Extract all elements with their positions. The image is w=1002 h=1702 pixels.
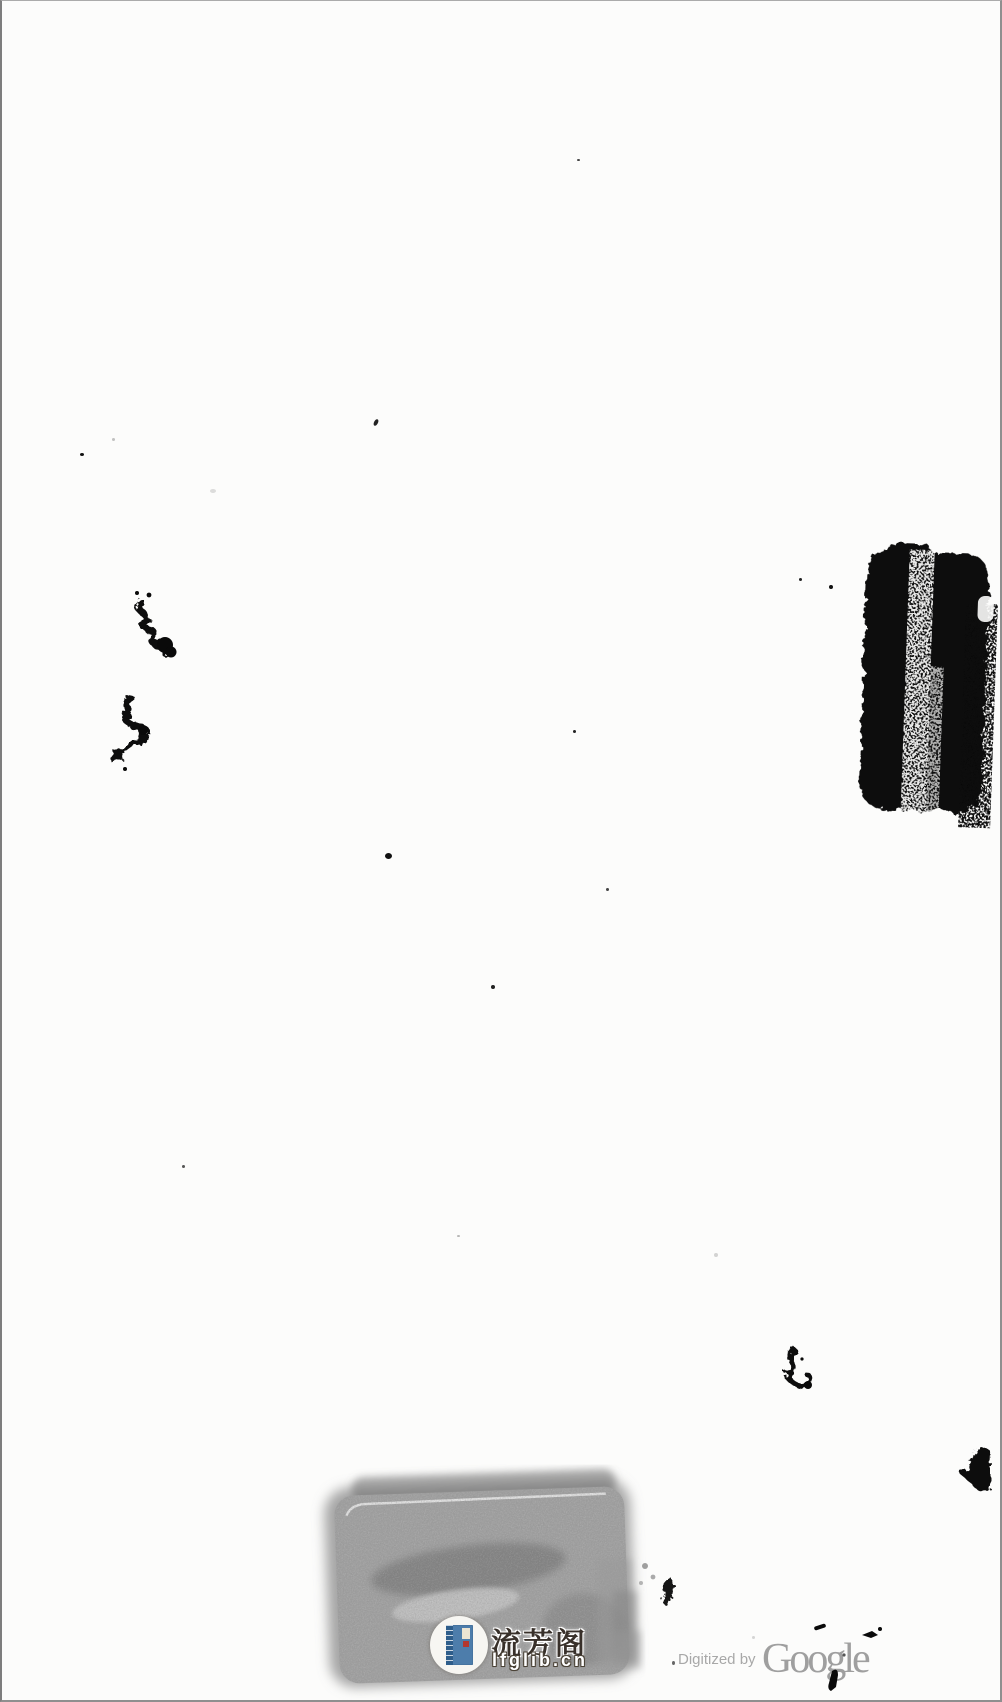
ink-speck <box>80 453 84 456</box>
digitized-by-label: Digitized by <box>678 1651 756 1668</box>
right-edge-ink-blob <box>957 1443 999 1498</box>
ink-speck <box>385 853 392 859</box>
ink-speck <box>491 985 495 989</box>
lfglib-site-url: lfglib.cn <box>492 1650 588 1671</box>
ink-speck <box>182 1165 185 1168</box>
ink-speck <box>829 585 833 589</box>
ink-squiggle-2 <box>102 691 157 776</box>
ink-speck <box>373 419 379 427</box>
book-label <box>462 1628 470 1639</box>
ink-speck <box>457 1235 460 1237</box>
ink-speck <box>112 438 115 441</box>
ink-squiggle-1 <box>127 581 187 666</box>
book-seal <box>463 1641 469 1647</box>
book-logo-icon <box>446 1625 473 1665</box>
ink-marks-near-google <box>810 1619 900 1694</box>
book-spine <box>446 1625 453 1665</box>
ink-speck <box>210 489 216 493</box>
lfglib-logo-badge <box>430 1616 488 1674</box>
ink-speck <box>606 888 609 891</box>
ink-speck <box>799 578 802 581</box>
ink-speck <box>752 1636 755 1639</box>
ink-speck <box>714 1253 718 1257</box>
ink-speck <box>577 159 580 161</box>
ink-squiggle-3 <box>777 1341 825 1403</box>
scanned-book-page: 流芳阁 lfglib.cn Digitized by Google <box>0 0 1002 1702</box>
ink-speck <box>573 730 576 733</box>
large-ink-blotch <box>847 536 1002 831</box>
